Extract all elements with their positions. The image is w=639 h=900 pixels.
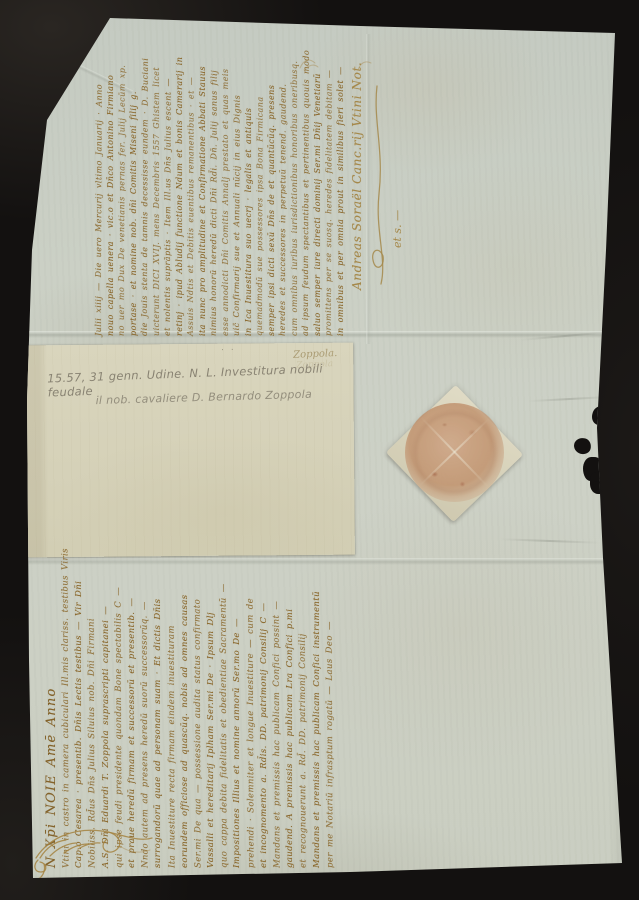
manuscript-line: uicterunt DICI XVIJ. mens Decembris 1557…	[152, 40, 164, 336]
wrinkle	[520, 331, 610, 341]
parchment-sheet: Julii xiiij — Die uero Mercurij vltimo J…	[0, 0, 639, 900]
manuscript-line: heredes et successores in perpetuū tenen…	[278, 40, 291, 336]
manuscript-line: semper ipsi dicti sexū Dn̄s de et quantū…	[267, 40, 279, 336]
manuscript-line: portase · et nomine nob. dn̄i Comitis Mi…	[129, 40, 141, 336]
notary-signature-block: Andreas Soraël Canc.rij Vtini Not. et s.…	[350, 66, 412, 290]
manuscript-line: no uer mo Dux De venetianis pernas fer. …	[117, 40, 130, 336]
manuscript-line: Impositiones Illius et nomine annorū Ser…	[232, 566, 245, 868]
photograph-stage: Julii xiiij — Die uero Mercurij vltimo J…	[0, 0, 639, 900]
manuscript-line: saluo semper iure directi dominij Ser.mi…	[313, 40, 325, 336]
manuscript-line: Vassalli et hereditarij Iplham Ser.mi De…	[206, 566, 219, 868]
manuscript-line: die Jouis stenta de tamnis decessisse eu…	[140, 40, 153, 336]
note-dots: · ·	[221, 346, 236, 356]
manuscript-line: gaudend. A premissis hac publicam Lra Co…	[285, 566, 298, 868]
manuscript-line: eorundem officiose ad quascūq. nobis ad …	[180, 566, 193, 868]
manuscript-line: cum omnibus iuribus iurisdictionibus hon…	[290, 40, 302, 336]
manuscript-line: quemadmodū sue possessores ipsa Bona Fir…	[255, 40, 268, 336]
manuscript-line: esse annodicti Dn̄i Comitis Annalj prest…	[221, 40, 233, 336]
wrinkle	[500, 538, 600, 543]
manuscript-line: ad ipsum feudum spectantibus et pertinen…	[301, 40, 314, 336]
manuscript-line: in omnibus et per omnia prout in similib…	[336, 40, 348, 336]
manuscript-line: nouo capella uenera · vic.o et Dn̄co Ant…	[106, 40, 118, 336]
manuscript-line: per me Notariū infrasptum rogatū — Laus …	[324, 566, 338, 868]
signature-paraph-flourish	[365, 80, 389, 290]
fold-crease-lower	[0, 558, 639, 565]
manuscript-line: Assuis Ndtis et Debitis euentibus remane…	[186, 40, 199, 336]
manuscript-line: et nolentis suprāptis · Item Ill.us Dn̄s…	[163, 40, 176, 336]
top-text-lines: Julii xiiij — Die uero Mercurij vltimo J…	[94, 40, 348, 336]
manuscript-line: Julii xiiij — Die uero Mercurij vltimo J…	[94, 40, 107, 336]
archival-note-slip: · · Zoppola. Zoppola 15.57, 31 genn. Udi…	[25, 343, 355, 558]
wrinkle	[528, 396, 610, 402]
top-text-block: Julii xiiij — Die uero Mercurij vltimo J…	[94, 40, 348, 336]
manuscript-line: promittens per se suosq. heredes fidelit…	[324, 40, 337, 336]
manuscript-line: quo cappa debita fidelitatis et obedient…	[219, 566, 233, 868]
parchment-hole	[592, 406, 608, 425]
manuscript-line: Mandans et premissis hac publicam Confic…	[271, 566, 285, 868]
manuscript-line: uic̄ Confirmarij sue et Annuali nūcij in…	[232, 40, 245, 336]
parchment-hole	[592, 481, 602, 493]
manuscript-line: et recognouerunt a. Rd̄. DD. patrimonij …	[298, 566, 312, 868]
manuscript-line: in Ica Inuestitura suo uecrj · legalis e…	[244, 40, 256, 336]
notary-signature-name: Andreas Soraël Canc.rij Vtini Not.	[350, 66, 364, 290]
manuscript-line: et incognomento a. Rd̄is. DD. patrimonij…	[259, 566, 272, 868]
manuscript-line: Ita Inuestiture recta firmam eindem inue…	[166, 566, 180, 868]
parchment-hole	[572, 436, 593, 456]
manuscript-line: nimius honorū heredū dicti Dn̄i Rd̄i. Dn…	[209, 40, 222, 336]
notarial-flourish-ornament	[30, 818, 162, 880]
notary-signature-abbrev: et s. —	[391, 66, 404, 248]
manuscript-line: Ser.mi De qua — possessione audita statu…	[192, 566, 206, 868]
manuscript-line: retinj · ipud Abludij functione Ndum et …	[175, 40, 187, 336]
manuscript-line: Mandans et premissis hac publicam Confic…	[312, 566, 325, 868]
manuscript-line: prehendi · Solemniter et longue Inuestit…	[245, 566, 259, 868]
manuscript-line: ita nunc pro amplitudine et Confirmation…	[198, 40, 210, 336]
